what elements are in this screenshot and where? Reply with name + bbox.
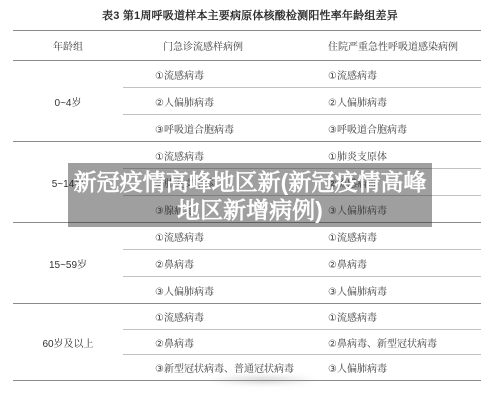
sari-cell: ③呼吸道合胞病毒 [328, 121, 481, 136]
ili-cell: ②鼻病毒 [123, 256, 328, 271]
age-group-row-15-59: 15~59岁 ①流感病毒 ①流感病毒 ②鼻病毒 ②鼻病毒 ③人偏肺病毒 ③人偏肺… [13, 223, 481, 304]
pathogen-rows: ①流感病毒 ①流感病毒 ②人偏肺病毒 ②人偏肺病毒 ③呼吸道合胞病毒 ③呼吸道合… [123, 61, 481, 141]
header-age-group: 年龄组 [13, 38, 123, 53]
ili-cell: ①流感病毒 [123, 67, 328, 82]
sari-cell: ①流感病毒 [328, 229, 481, 244]
ili-cell: ①流感病毒 [123, 148, 328, 163]
ili-cell: ③人偏肺病毒 [123, 283, 328, 298]
pathogen-rank-row: ②鼻病毒 ②鼻病毒、新型冠状病毒 [123, 330, 481, 356]
sari-cell: ③人偏肺病毒 [328, 283, 481, 298]
table-title: 表3 第1周呼吸道样本主要病原体核酸检测阳性率年龄组差异 [0, 0, 500, 30]
pathogen-rank-row: ①流感病毒 ①流感病毒 [123, 304, 481, 330]
ili-cell: ②鼻病毒 [123, 335, 328, 350]
watermark-text-line2: 地区新增病例) [177, 196, 323, 224]
sari-cell: ①流感病毒 [328, 309, 481, 324]
pathogen-rows: ①流感病毒 ①流感病毒 ②鼻病毒 ②鼻病毒、新型冠状病毒 ③新型冠状病毒、普通冠… [123, 304, 481, 380]
age-label: 60岁及以上 [13, 304, 123, 380]
sari-cell: ③人偏肺病毒 [328, 360, 481, 375]
ili-cell: ③新型冠状病毒、普通冠状病毒 [123, 360, 328, 375]
watermark-text-line1: 新冠疫情高峰地区新(新冠疫情高峰 [74, 168, 427, 196]
sari-cell: ②人偏肺病毒 [328, 94, 481, 109]
pathogen-rank-row: ③呼吸道合胞病毒 ③呼吸道合胞病毒 [123, 115, 481, 141]
ili-cell: ①流感病毒 [123, 309, 328, 324]
watermark-overlay: 新冠疫情高峰地区新(新冠疫情高峰 地区新增病例) [68, 163, 432, 227]
header-ili-cases: 门急诊流感样病例 [123, 38, 328, 53]
header-sari-cases: 住院严重急性呼吸道感染病例 [328, 38, 481, 53]
ili-cell: ②人偏肺病毒 [123, 94, 328, 109]
ili-cell: ①流感病毒 [123, 229, 328, 244]
age-label: 15~59岁 [13, 223, 123, 303]
pathogen-rank-row: ②鼻病毒 ②鼻病毒 [123, 250, 481, 277]
table-header-row: 年龄组 门急诊流感样病例 住院严重急性呼吸道感染病例 [13, 30, 481, 61]
age-group-row-0-4: 0~4岁 ①流感病毒 ①流感病毒 ②人偏肺病毒 ②人偏肺病毒 ③呼吸道合胞病毒 … [13, 61, 481, 142]
pathogen-rank-row: ①流感病毒 ①流感病毒 [123, 61, 481, 88]
page: 表3 第1周呼吸道样本主要病原体核酸检测阳性率年龄组差异 年龄组 门急诊流感样病… [0, 0, 500, 393]
sari-cell: ①流感病毒 [328, 67, 481, 82]
pathogen-rank-row: ②人偏肺病毒 ②人偏肺病毒 [123, 88, 481, 115]
pathogen-rows: ①流感病毒 ①流感病毒 ②鼻病毒 ②鼻病毒 ③人偏肺病毒 ③人偏肺病毒 [123, 223, 481, 303]
sari-cell: ①肺炎支原体 [328, 148, 481, 163]
sari-cell: ②鼻病毒、新型冠状病毒 [328, 335, 481, 350]
pathogen-rank-row: ③人偏肺病毒 ③人偏肺病毒 [123, 277, 481, 303]
sari-cell: ②鼻病毒 [328, 256, 481, 271]
age-group-row-60-plus: 60岁及以上 ①流感病毒 ①流感病毒 ②鼻病毒 ②鼻病毒、新型冠状病毒 ③新型冠… [13, 304, 481, 381]
blur-smudge [205, 374, 320, 386]
ili-cell: ③呼吸道合胞病毒 [123, 121, 328, 136]
age-label: 0~4岁 [13, 61, 123, 141]
pathogen-rank-row: ①流感病毒 ①流感病毒 [123, 223, 481, 250]
